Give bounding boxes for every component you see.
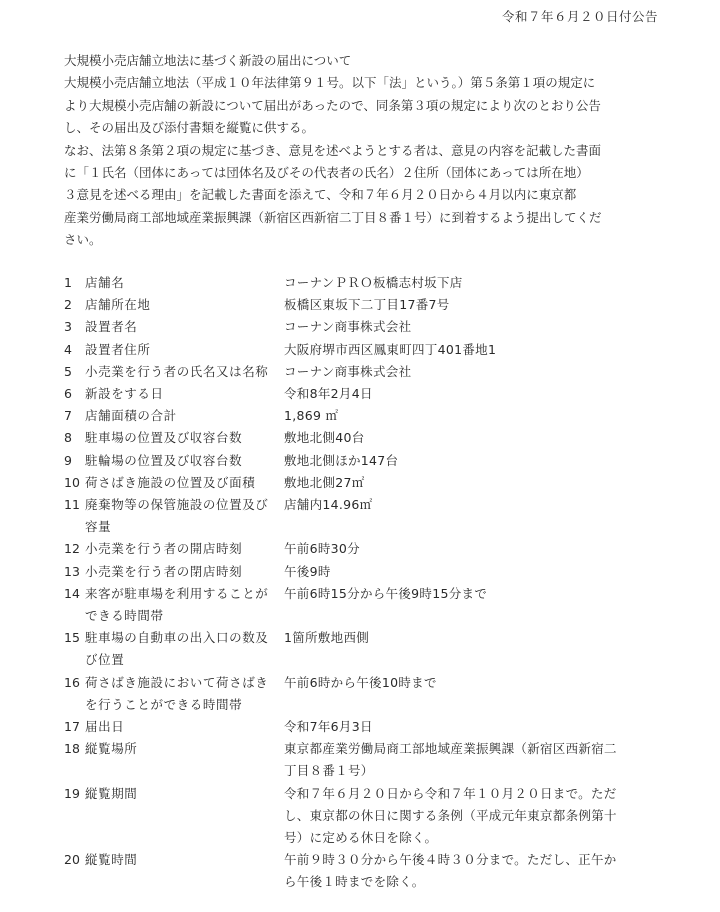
item-label: 新設をする日 [85,383,284,405]
intro-paragraph-line: ３意見を述べる理由」を記載した書面を添えて、令和７年６月２０日から４月以内に東京… [64,184,664,206]
item-label: 駐輪場の位置及び収容台数 [85,450,284,472]
item-value: 敷地北側ほか147台 [284,450,644,472]
item-label: 小売業を行う者の開店時刻 [85,538,284,560]
item-label: 小売業を行う者の閉店時刻 [85,561,284,583]
item-label: 設置者住所 [85,339,284,361]
item-number: 17 [64,716,85,738]
list-item: 11廃棄物等の保管施設の位置及び 容量店舗内14.96㎡ [64,494,664,538]
item-value: 板橋区東坂下二丁目17番7号 [284,294,644,316]
item-number: 11 [64,494,85,538]
list-item: 9駐輪場の位置及び収容台数敷地北側ほか147台 [64,450,664,472]
item-label: 来客が駐車場を利用することが できる時間帯 [85,583,284,627]
item-label: 縦覧場所 [85,738,284,782]
notice-title: 大規模小売店舗立地法に基づく新設の届出について [64,50,664,72]
item-number: 1 [64,272,85,294]
item-value: 午前6時から午後10時まで [284,672,644,716]
list-item: 8駐車場の位置及び収容台数敷地北側40台 [64,427,664,449]
intro-section: 大規模小売店舗立地法に基づく新設の届出について 大規模小売店舗立地法（平成１０年… [64,50,664,252]
list-item: 10荷さばき施設の位置及び面積敷地北側27㎡ [64,472,664,494]
item-value: 1箇所敷地西側 [284,627,644,671]
item-number: 9 [64,450,85,472]
list-item: 17届出日令和7年6月3日 [64,716,664,738]
item-value: 東京都産業労働局商工部地域産業振興課（新宿区西新宿二 丁目８番１号） [284,738,644,782]
item-number: 3 [64,316,85,338]
item-number: 16 [64,672,85,716]
list-item: 3設置者名コーナン商事株式会社 [64,316,664,338]
item-number: 4 [64,339,85,361]
item-label: 縦覧時間 [85,849,284,893]
list-item: 19縦覧期間令和７年６月２０日から令和７年１０月２０日まで。ただ し、東京都の休… [64,783,664,850]
item-label: 廃棄物等の保管施設の位置及び 容量 [85,494,284,538]
item-number: 2 [64,294,85,316]
list-item: 2店舗所在地板橋区東坂下二丁目17番7号 [64,294,664,316]
item-label: 設置者名 [85,316,284,338]
item-number: 20 [64,849,85,893]
item-value: 令和７年６月２０日から令和７年１０月２０日まで。ただ し、東京都の休日に関する条… [284,783,644,850]
list-item: 7店舗面積の合計1,869 ㎡ [64,405,664,427]
item-number: 7 [64,405,85,427]
notice-date: 令和７年６月２０日付公告 [502,8,658,26]
item-number: 10 [64,472,85,494]
item-label: 店舗面積の合計 [85,405,284,427]
item-label: 小売業を行う者の氏名又は名称 [85,361,284,383]
item-label: 駐車場の自動車の出入口の数及 び位置 [85,627,284,671]
item-value: 午後9時 [284,561,644,583]
item-number: 12 [64,538,85,560]
item-label: 荷さばき施設において荷さばき を行うことができる時間帯 [85,672,284,716]
intro-paragraph-line: し、その届出及び添付書類を縦覧に供する。 [64,117,664,139]
item-number: 15 [64,627,85,671]
item-value: 敷地北側40台 [284,427,644,449]
notice-items-list: 1店舗名コーナンＰＲＯ板橋志村坂下店 2店舗所在地板橋区東坂下二丁目17番7号 … [64,272,664,894]
item-number: 19 [64,783,85,850]
item-value: 午前９時３０分から午後４時３０分まで。ただし、正午か ら午後１時までを除く。 [284,849,644,893]
list-item: 16荷さばき施設において荷さばき を行うことができる時間帯午前6時から午後10時… [64,672,664,716]
list-item: 20縦覧時間午前９時３０分から午後４時３０分まで。ただし、正午か ら午後１時まで… [64,849,664,893]
intro-paragraph-line: なお、法第８条第２項の規定に基づき、意見を述べようとする者は、意見の内容を記載し… [64,140,664,162]
item-label: 届出日 [85,716,284,738]
item-number: 8 [64,427,85,449]
item-label: 駐車場の位置及び収容台数 [85,427,284,449]
item-label: 店舗名 [85,272,284,294]
item-value: コーナン商事株式会社 [284,316,644,338]
intro-paragraph-line: に「１氏名（団体にあっては団体名及びその代表者の氏名）２住所（団体にあっては所在… [64,162,664,184]
list-item: 1店舗名コーナンＰＲＯ板橋志村坂下店 [64,272,664,294]
list-item: 13小売業を行う者の閉店時刻午後9時 [64,561,664,583]
intro-paragraph-line: 産業労働局商工部地域産業振興課（新宿区西新宿二丁目８番１号）に到着するよう提出し… [64,207,664,229]
item-number: 18 [64,738,85,782]
list-item: 15駐車場の自動車の出入口の数及 び位置1箇所敷地西側 [64,627,664,671]
intro-paragraph-line: 大規模小売店舗立地法（平成１０年法律第９１号。以下「法」という。）第５条第１項の… [64,72,664,94]
list-item: 4設置者住所大阪府堺市西区鳳東町四丁401番地1 [64,339,664,361]
intro-paragraph-line: さい。 [64,229,664,251]
item-label: 荷さばき施設の位置及び面積 [85,472,284,494]
item-value: 店舗内14.96㎡ [284,494,644,538]
item-value: 午前6時30分 [284,538,644,560]
item-label: 店舗所在地 [85,294,284,316]
item-number: 5 [64,361,85,383]
item-value: 午前6時15分から午後9時15分まで [284,583,644,627]
item-value: 敷地北側27㎡ [284,472,644,494]
list-item: 5小売業を行う者の氏名又は名称コーナン商事株式会社 [64,361,664,383]
item-value: コーナンＰＲＯ板橋志村坂下店 [284,272,644,294]
list-item: 18縦覧場所東京都産業労働局商工部地域産業振興課（新宿区西新宿二 丁目８番１号） [64,738,664,782]
list-item: 12小売業を行う者の開店時刻午前6時30分 [64,538,664,560]
item-label: 縦覧期間 [85,783,284,850]
item-value: 令和8年2月4日 [284,383,644,405]
intro-paragraph-line: より大規模小売店舗の新設について届出があったので、同条第３項の規定により次のとお… [64,95,664,117]
list-item: 6新設をする日令和8年2月4日 [64,383,664,405]
list-item: 14来客が駐車場を利用することが できる時間帯午前6時15分から午後9時15分ま… [64,583,664,627]
item-number: 14 [64,583,85,627]
item-number: 13 [64,561,85,583]
item-value: 令和7年6月3日 [284,716,644,738]
item-value: コーナン商事株式会社 [284,361,644,383]
item-value: 1,869 ㎡ [284,405,644,427]
item-number: 6 [64,383,85,405]
item-value: 大阪府堺市西区鳳東町四丁401番地1 [284,339,644,361]
